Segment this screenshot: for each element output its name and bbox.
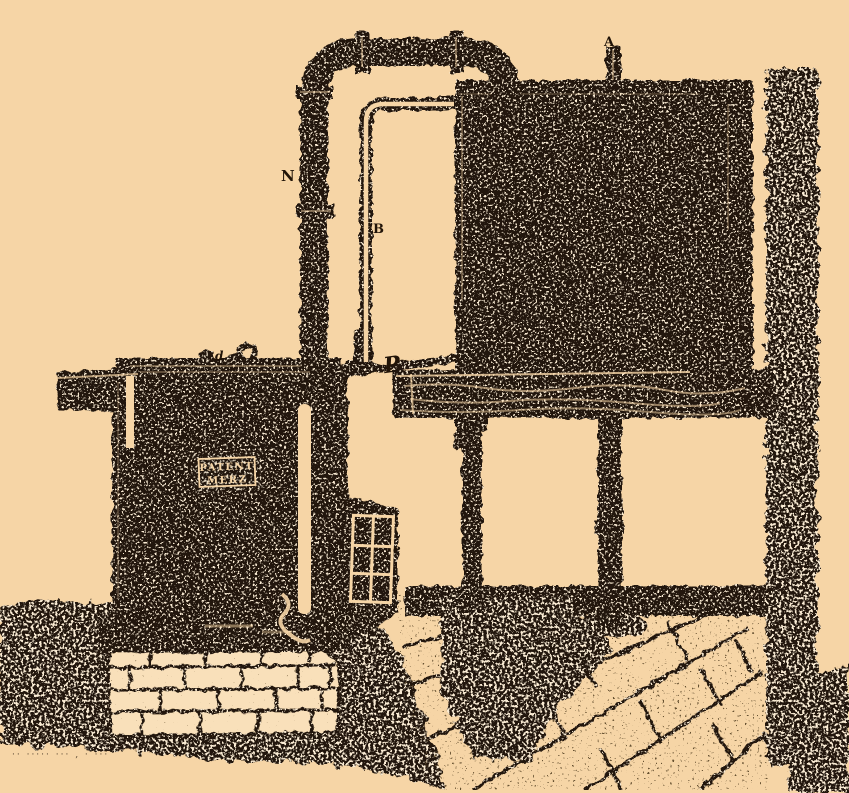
- leg2-collar: [594, 520, 624, 534]
- table-top: [393, 370, 773, 418]
- label-n: N: [281, 167, 295, 185]
- patent-plate: PATENT MERZ: [193, 452, 260, 492]
- shelf-notch: [126, 376, 134, 448]
- engraver-signature: ·· ····· ··· ‚ · ···: [12, 750, 109, 760]
- boiler-body: [112, 368, 348, 642]
- label-b: B: [373, 222, 384, 237]
- top-knob-fitting: [200, 350, 214, 366]
- boiler-base-flare: [98, 610, 350, 654]
- tank-body: [455, 80, 753, 374]
- engraving-canvas: PATENT MERZ N B P A d e ··: [0, 0, 849, 793]
- leg1-scroll: [454, 430, 466, 450]
- label-d: d: [215, 349, 224, 363]
- plate-line2: MERZ: [207, 474, 248, 486]
- table-leg-right: [598, 416, 622, 612]
- grate-bar-2: [351, 573, 391, 574]
- post-body: [766, 68, 818, 765]
- gauge-cock: [322, 459, 336, 473]
- corner-dark-patch: [788, 665, 849, 793]
- label-a: A: [603, 35, 615, 50]
- leg1-foot: [456, 596, 486, 612]
- top-small-knob: [229, 354, 239, 364]
- gauge-glass: [298, 404, 311, 614]
- table-leg-left: [462, 428, 482, 608]
- engraving-page: PATENT MERZ N B P A d e ··: [0, 0, 849, 793]
- label-e: e: [393, 542, 401, 556]
- plate-line1: PATENT: [199, 461, 254, 474]
- grate-bar-1: [352, 545, 392, 546]
- floor: [390, 585, 780, 793]
- brick-pedestal: [100, 640, 350, 740]
